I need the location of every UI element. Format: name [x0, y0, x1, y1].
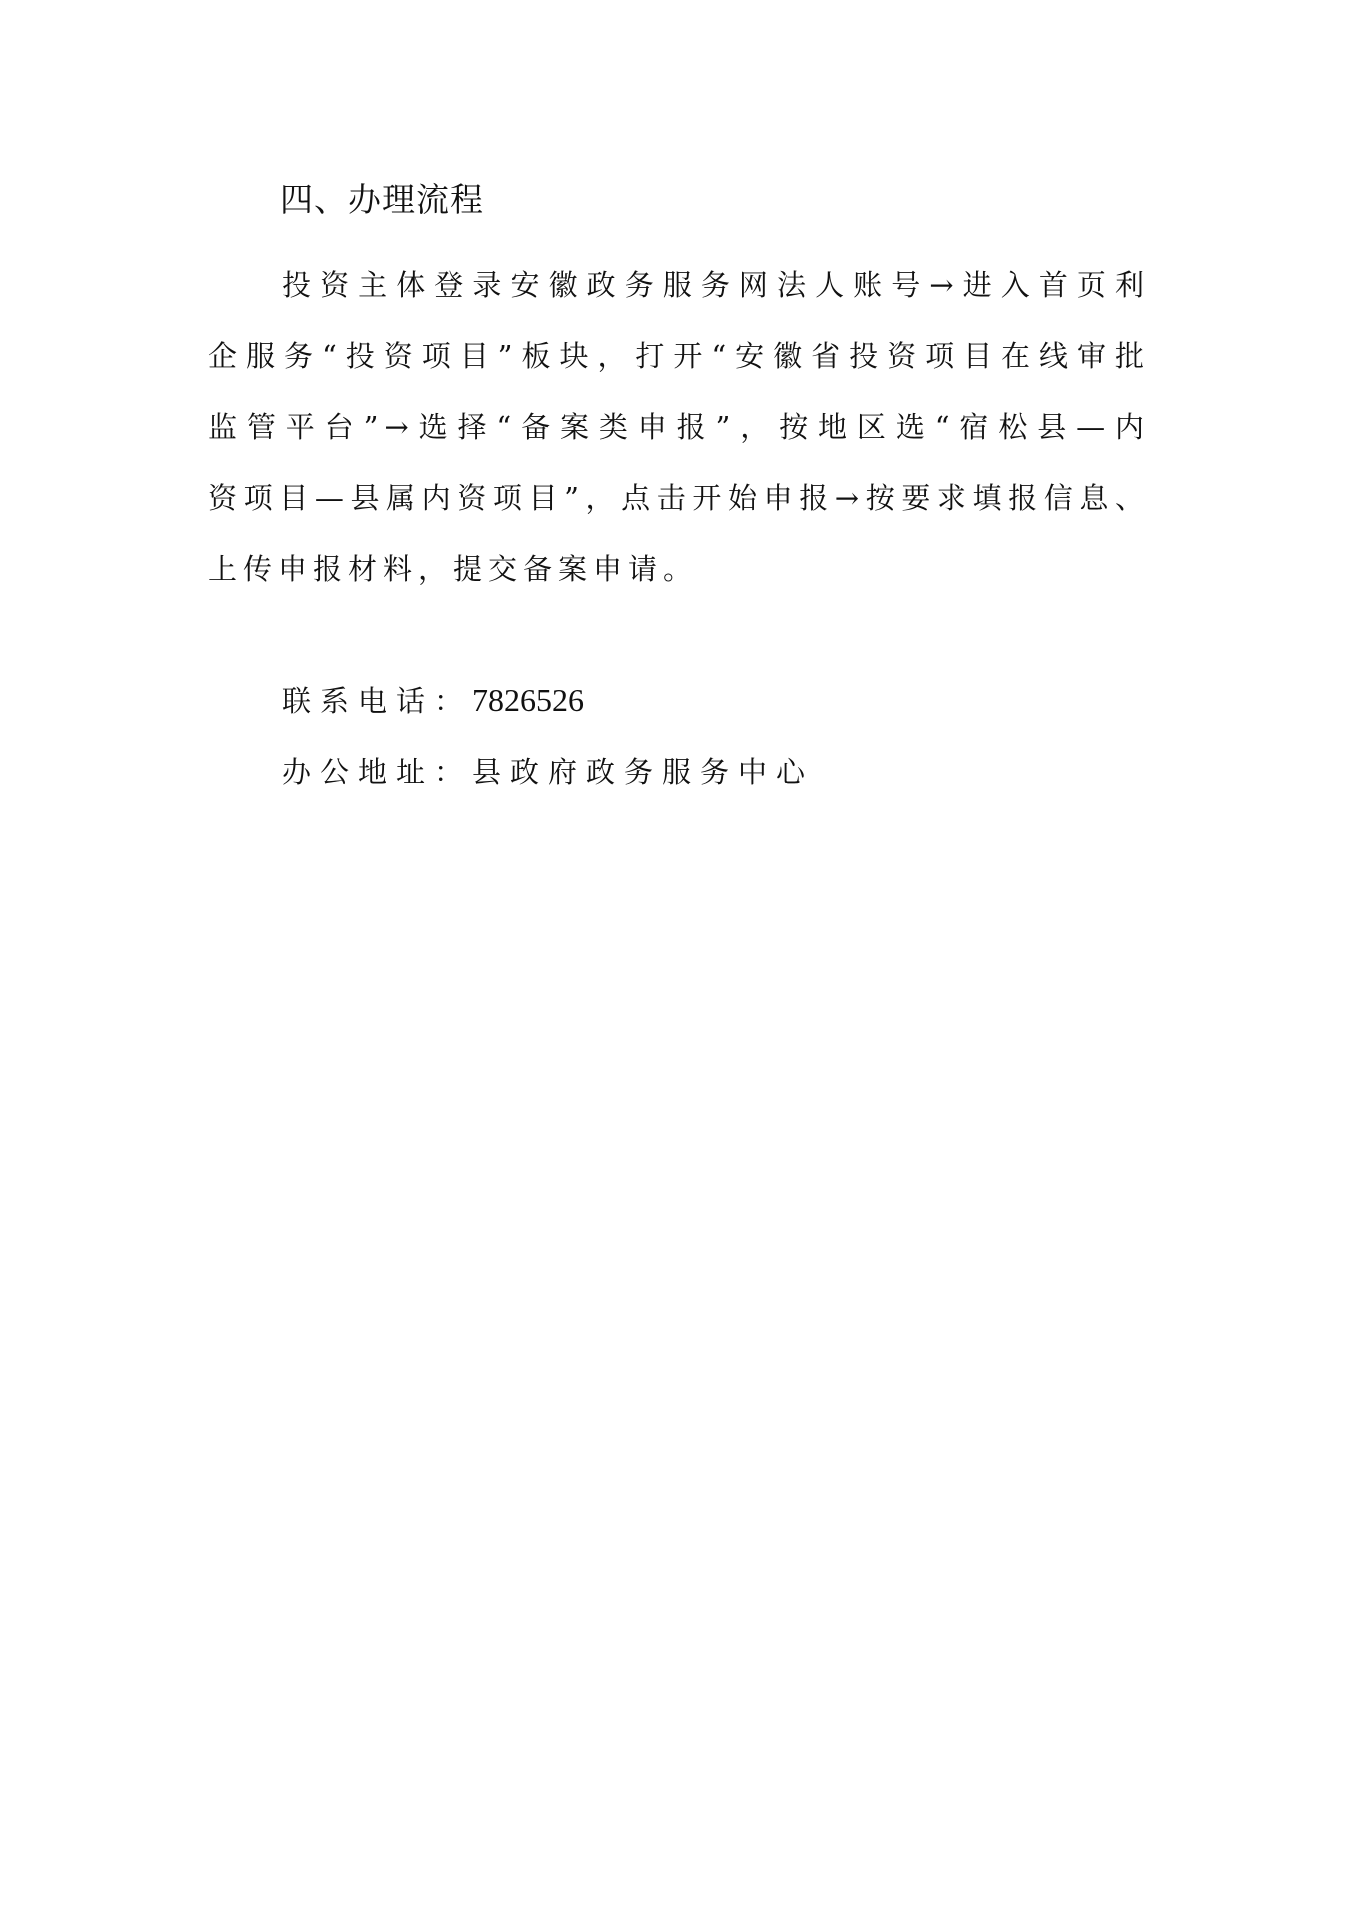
address-value: 县政府政务服务中心 — [472, 755, 814, 789]
paragraph-line: 企服务“投资项目”板块，打开“安徽省投资项目在线审批 — [208, 321, 1150, 392]
section-heading: 四、办理流程 — [280, 180, 484, 220]
document-page: 四、办理流程 投资主体登录安徽政务服务网法人账号→进入首页利 企服务“投资项目”… — [0, 0, 1357, 1920]
contact-phone: 联系电话：7826526 — [282, 680, 584, 721]
address-label: 办公地址： — [282, 755, 472, 789]
process-paragraph: 投资主体登录安徽政务服务网法人账号→进入首页利 企服务“投资项目”板块，打开“安… — [208, 250, 1150, 605]
paragraph-line: 上传申报材料，提交备案申请。 — [208, 534, 1150, 605]
paragraph-line: 监管平台”→选择“备案类申报”，按地区选“宿松县—内 — [208, 392, 1150, 463]
phone-number: 7826526 — [472, 682, 584, 718]
phone-label: 联系电话： — [282, 684, 472, 718]
paragraph-line: 投资主体登录安徽政务服务网法人账号→进入首页利 — [208, 250, 1150, 321]
contact-address: 办公地址：县政府政务服务中心 — [282, 752, 814, 792]
paragraph-line: 资项目—县属内资项目”，点击开始申报→按要求填报信息、 — [208, 463, 1150, 534]
